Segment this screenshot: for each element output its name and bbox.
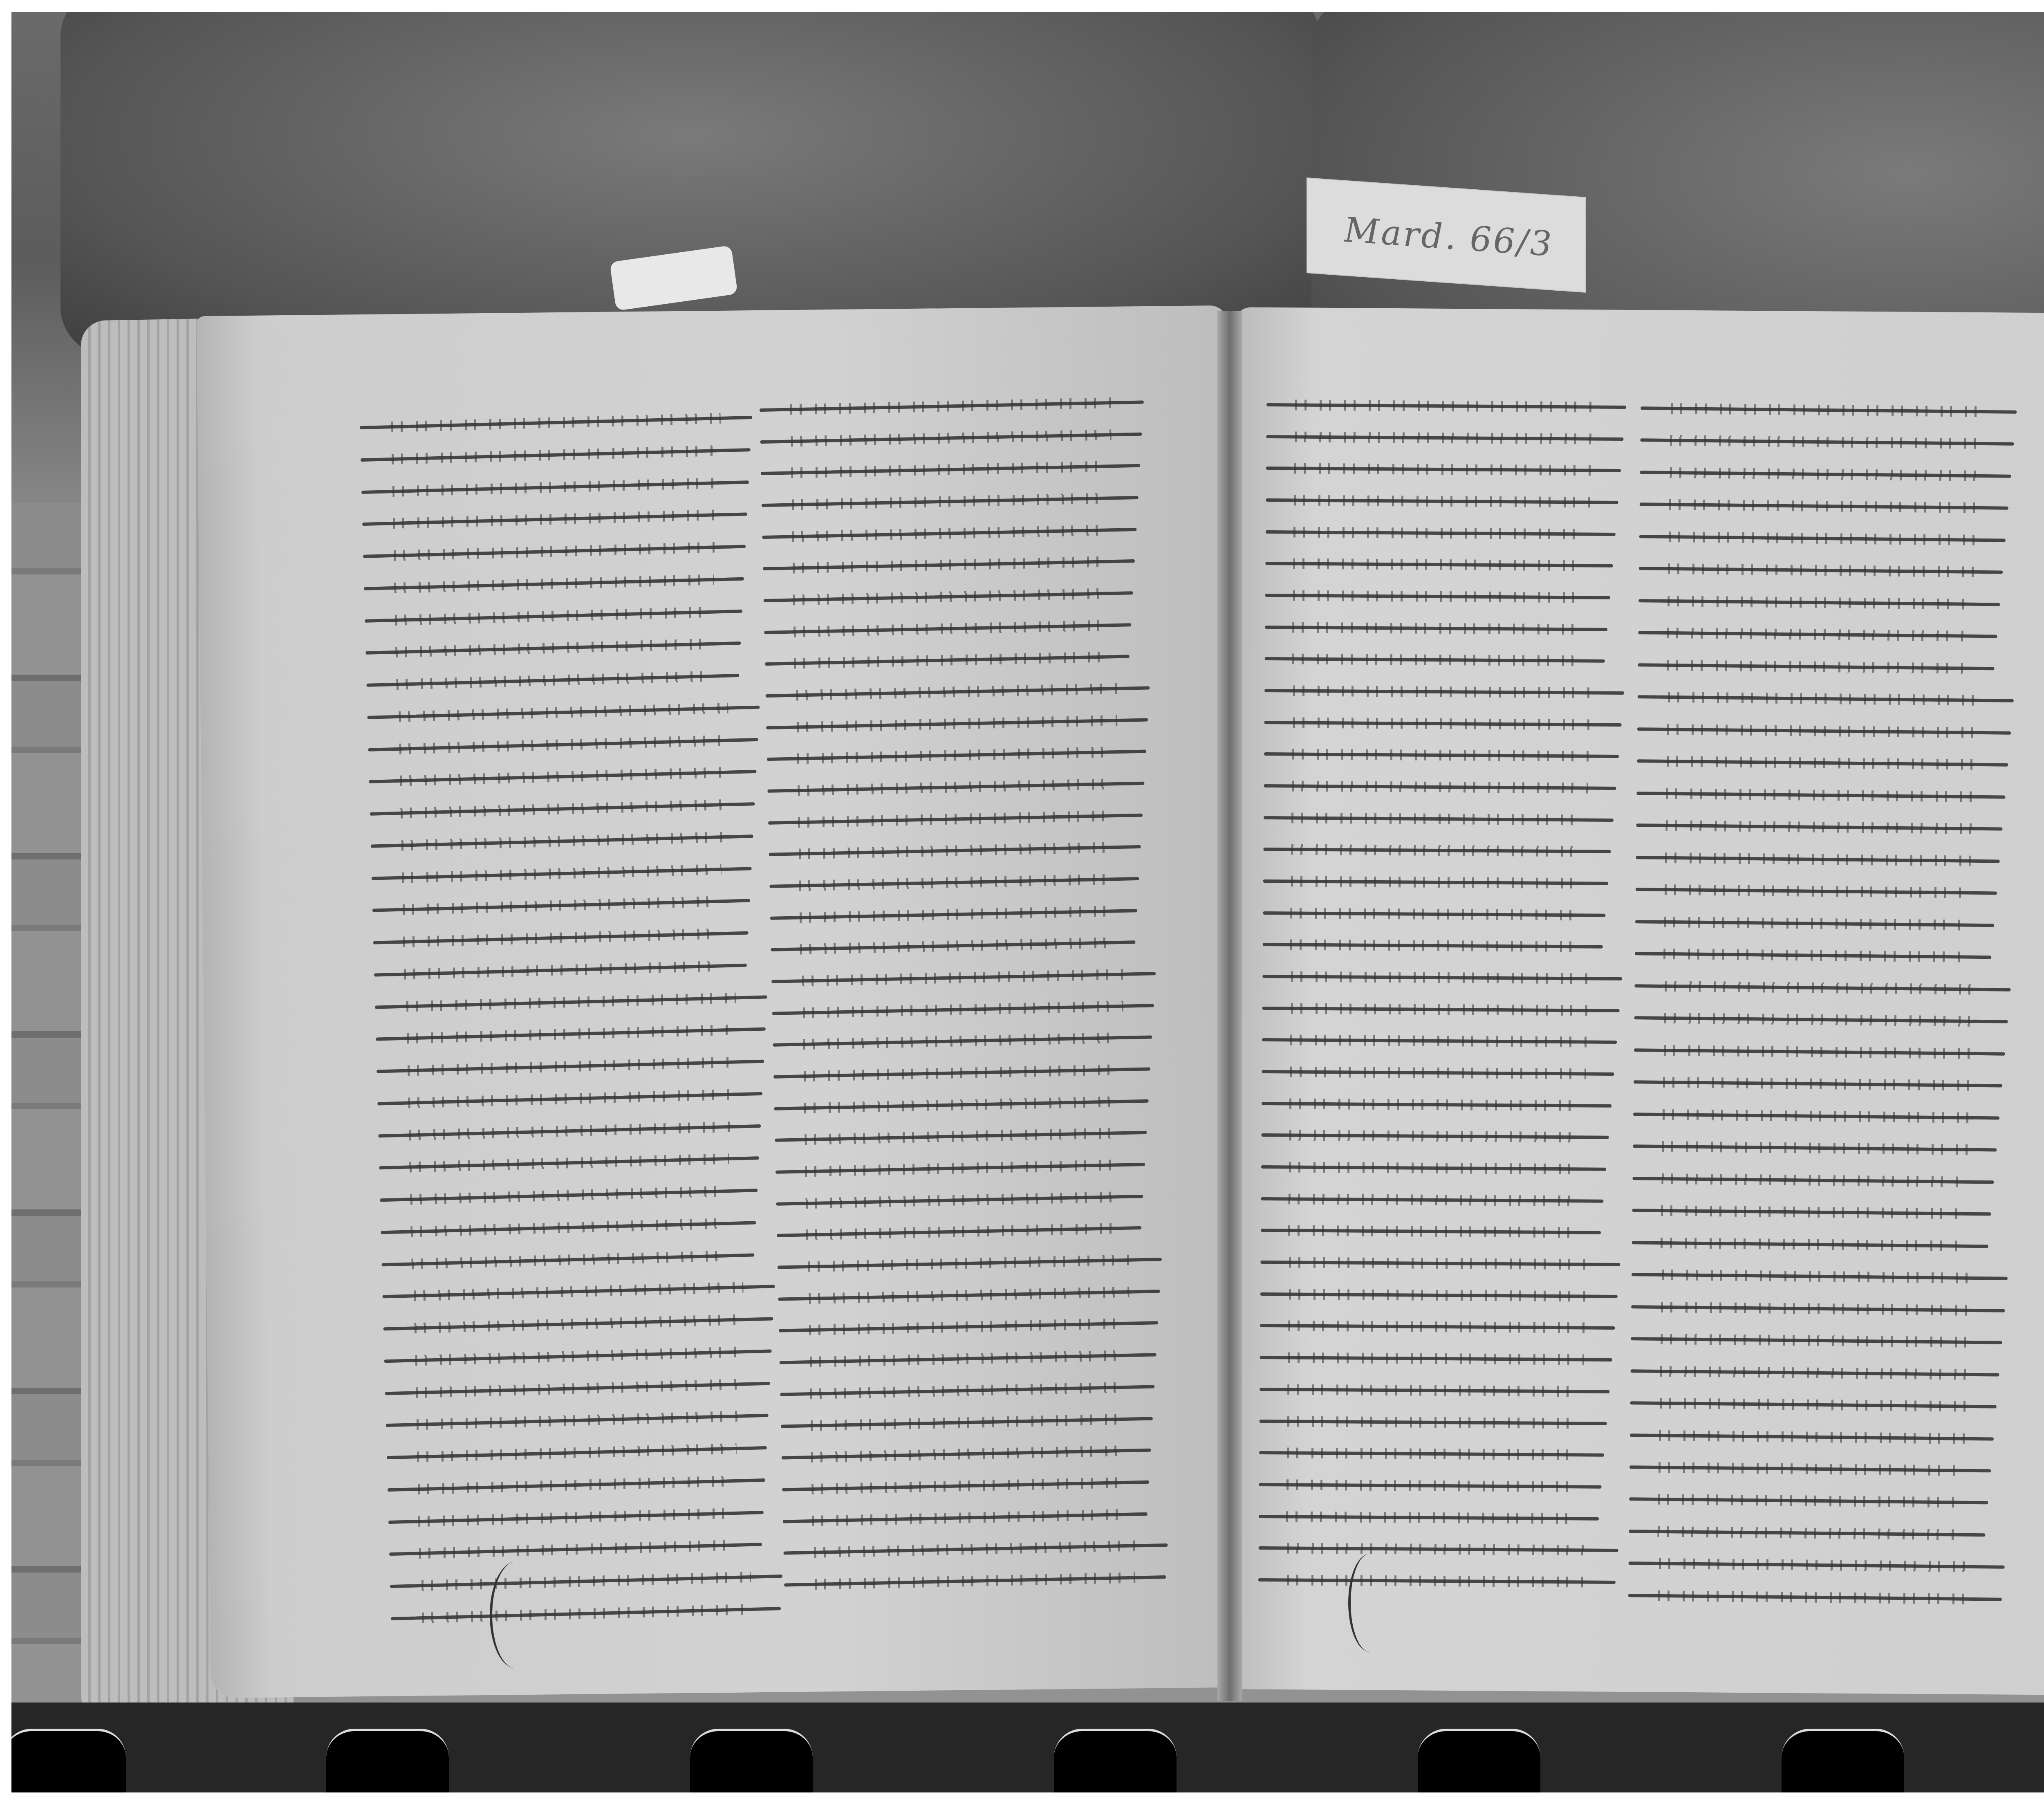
manuscript-text-line [1635, 916, 1994, 931]
manuscript-text-line [1632, 1173, 1994, 1187]
manuscript-text-line [1264, 781, 1616, 794]
manuscript-text-line [1263, 939, 1603, 952]
manuscript-text-line [1266, 463, 1621, 476]
manuscript-text-line [1262, 1098, 1611, 1111]
manuscript-text-line [775, 1159, 1145, 1178]
manuscript-text-line [1261, 1130, 1609, 1143]
manuscript-text-line [1260, 1415, 1607, 1429]
manuscript-text-line [1266, 495, 1618, 508]
manuscript-text-line [1262, 1066, 1614, 1079]
manuscript-text-line [378, 1120, 761, 1141]
manuscript-text-line [388, 1475, 765, 1495]
manuscript-text-line [1264, 749, 1619, 762]
manuscript-text-line [1264, 717, 1622, 730]
manuscript-text-line [1260, 1289, 1618, 1302]
manuscript-text-line [1630, 1430, 1994, 1444]
sprocket-hole [690, 1729, 813, 1792]
manuscript-text-line [780, 1381, 1154, 1400]
manuscript-text-line [1636, 820, 2002, 834]
film-border [11, 1703, 2044, 1792]
manuscript-text-line [388, 1507, 764, 1528]
manuscript-text-line [373, 928, 749, 948]
manuscript-text-line [1632, 1269, 2008, 1284]
manuscript-text-line [382, 1281, 775, 1302]
manuscript-text-line [780, 1349, 1156, 1368]
manuscript-text-line [1640, 467, 2011, 482]
manuscript-text-line [370, 799, 755, 819]
manuscript-text-line [765, 682, 1150, 701]
manuscript-text-line [777, 1223, 1141, 1241]
manuscript-text-line [363, 541, 746, 561]
manuscript-text-line [362, 509, 747, 530]
manuscript-text-line [1262, 1003, 1620, 1016]
manuscript-text-line [1631, 1333, 2002, 1348]
sprocket-hole [1054, 1729, 1177, 1792]
manuscript-text-line [760, 428, 1142, 447]
manuscript-text-line [763, 588, 1133, 606]
manuscript-text-line [761, 460, 1140, 479]
manuscript-text-line [775, 1127, 1147, 1146]
manuscript-text-line [1632, 1205, 1991, 1219]
manuscript-text-line [376, 1024, 766, 1045]
manuscript-text-line [384, 1346, 771, 1366]
manuscript-text-line [779, 1318, 1158, 1336]
manuscript-text-line [365, 638, 741, 658]
manuscript-text-line [774, 1095, 1149, 1114]
sprocket-hole [1418, 1729, 1540, 1792]
manuscript-text-line [765, 651, 1130, 670]
manuscript-text-line [1266, 399, 1626, 413]
marginal-flourish [1348, 1554, 1392, 1652]
manuscript-text-line [771, 937, 1135, 956]
manuscript-text-line [1264, 812, 1614, 825]
manuscript-text-line [364, 573, 744, 594]
manuscript-text-line [771, 968, 1156, 987]
manuscript-text-line [366, 670, 739, 691]
manuscript-text-line [379, 1153, 759, 1173]
manuscript-text-line [1638, 659, 1995, 674]
manuscript-text-line [783, 1540, 1168, 1559]
manuscript-text-line [1634, 1045, 2005, 1059]
manuscript-text-line [768, 810, 1143, 828]
manuscript-text-line [1262, 971, 1622, 984]
manuscript-text-line [367, 702, 760, 722]
manuscript-text-line [1261, 1225, 1601, 1238]
shelfmark-text: Mard. 66/3 [1344, 210, 1553, 265]
manuscript-text-line [361, 444, 751, 465]
manuscript-text-line [1263, 844, 1611, 857]
manuscript-text-line [781, 1445, 1151, 1463]
manuscript-text-line [383, 1313, 773, 1334]
manuscript-text-line [1639, 531, 2006, 545]
manuscript-text-line [375, 991, 767, 1012]
open-manuscript [81, 294, 2044, 1734]
manuscript-text-line [766, 714, 1148, 733]
manuscript-text-line [781, 1413, 1153, 1431]
right-page-column-2 [1628, 403, 2017, 1604]
manuscript-text-line [778, 1254, 1162, 1273]
manuscript-text-line [377, 1088, 762, 1109]
sprocket-hole [11, 1729, 126, 1792]
manuscript-text-line [1258, 1543, 1618, 1556]
manuscript-text-line [1265, 590, 1610, 603]
manuscript-text-line [374, 960, 747, 980]
manuscript-text-line [372, 895, 750, 916]
manuscript-text-line [1634, 980, 2010, 995]
manuscript-text-line [782, 1477, 1149, 1495]
manuscript-text-line [767, 778, 1144, 796]
manuscript-text-line [372, 863, 752, 884]
manuscript-text-line [1633, 1141, 1997, 1155]
manuscript-text-line [1636, 788, 2005, 802]
shelfmark-label: Mard. 66/3 [1307, 178, 1585, 292]
left-page-column-1 [360, 412, 784, 1624]
manuscript-text-line [773, 1064, 1150, 1082]
manuscript-text-line [380, 1185, 758, 1205]
manuscript-text-line [1632, 1237, 1988, 1252]
manuscript-text-line [1634, 1012, 2008, 1027]
photograph-frame: Mard. 66/3 [11, 12, 2044, 1792]
manuscript-text-line [783, 1508, 1148, 1527]
manuscript-text-line [770, 905, 1137, 924]
manuscript-text-line [767, 746, 1146, 765]
manuscript-text-line [1629, 1558, 2005, 1573]
manuscript-text-line [1638, 595, 2000, 610]
manuscript-text-line [1640, 499, 2008, 514]
manuscript-text-line [1629, 1494, 1988, 1508]
sprocket-hole [1782, 1729, 1904, 1792]
manuscript-text-line [1630, 1366, 1999, 1380]
manuscript-text-line [1638, 628, 1997, 642]
manuscript-text-line [773, 1032, 1152, 1050]
manuscript-text-line [377, 1056, 764, 1077]
manuscript-text-line [762, 524, 1136, 543]
manuscript-text-line [386, 1410, 769, 1431]
manuscript-text-line [365, 606, 742, 626]
manuscript-text-line [1261, 1162, 1606, 1175]
manuscript-text-line [387, 1442, 767, 1463]
right-page-column-1 [1258, 399, 1626, 1588]
manuscript-text-line [1265, 653, 1605, 666]
manuscript-text-line [1259, 1511, 1599, 1524]
manuscript-text-line [1637, 724, 2011, 738]
manuscript-text-line [1263, 876, 1608, 889]
left-page-column-2 [760, 397, 1169, 1590]
manuscript-text-line [1259, 1447, 1604, 1460]
marginal-flourish [490, 1562, 541, 1668]
manuscript-text-line [381, 1249, 754, 1270]
manuscript-text-line [368, 734, 758, 755]
manuscript-text-line [1260, 1352, 1612, 1365]
manuscript-text-line [1629, 1462, 1991, 1476]
manuscript-text-line [778, 1286, 1160, 1305]
manuscript-text-line [381, 1217, 756, 1238]
manuscript-text-line [769, 873, 1139, 892]
manuscript-text-line [762, 492, 1139, 511]
manuscript-text-line [1265, 558, 1613, 571]
manuscript-text-line [1263, 908, 1605, 921]
manuscript-text-line [1265, 622, 1607, 635]
manuscript-text-line [1266, 431, 1623, 444]
manuscript-text-line [1264, 685, 1624, 698]
manuscript-text-line [1631, 1301, 2005, 1316]
manuscript-text-line [769, 841, 1141, 860]
manuscript-text-line [369, 766, 756, 787]
manuscript-text-line [763, 556, 1135, 574]
book-gutter [1217, 311, 1242, 1701]
manuscript-text-line [1260, 1320, 1615, 1333]
manuscript-text-line [385, 1378, 770, 1399]
sprocket-hole [326, 1729, 449, 1792]
manuscript-text-line [1259, 1479, 1602, 1492]
manuscript-text-line [764, 619, 1131, 638]
manuscript-text-line [1260, 1257, 1620, 1270]
manuscript-text-line [1261, 1193, 1603, 1207]
manuscript-text-line [1633, 1109, 1999, 1123]
manuscript-text-line [772, 1000, 1154, 1019]
manuscript-text-line [1637, 756, 2008, 771]
manuscript-text-line [1639, 563, 2003, 578]
manuscript-text-line [1635, 948, 1991, 962]
manuscript-text-line [389, 1539, 762, 1560]
manuscript-text-line [390, 1571, 782, 1592]
manuscript-text-line [1636, 852, 2000, 866]
manuscript-text-line [361, 477, 749, 498]
manuscript-text-line [1266, 527, 1616, 540]
manuscript-text-line [1260, 1384, 1609, 1397]
manuscript-text-line [1629, 1526, 1985, 1540]
manuscript-text-line [1640, 435, 2014, 450]
manuscript-text-line [1638, 692, 2014, 707]
manuscript-text-line [1262, 1034, 1617, 1048]
manuscript-text-line [1630, 1397, 1997, 1412]
manuscript-text-line [1634, 1077, 2002, 1091]
manuscript-text-line [1636, 884, 1997, 898]
manuscript-text-line [370, 831, 753, 851]
manuscript-text-line [776, 1191, 1143, 1209]
